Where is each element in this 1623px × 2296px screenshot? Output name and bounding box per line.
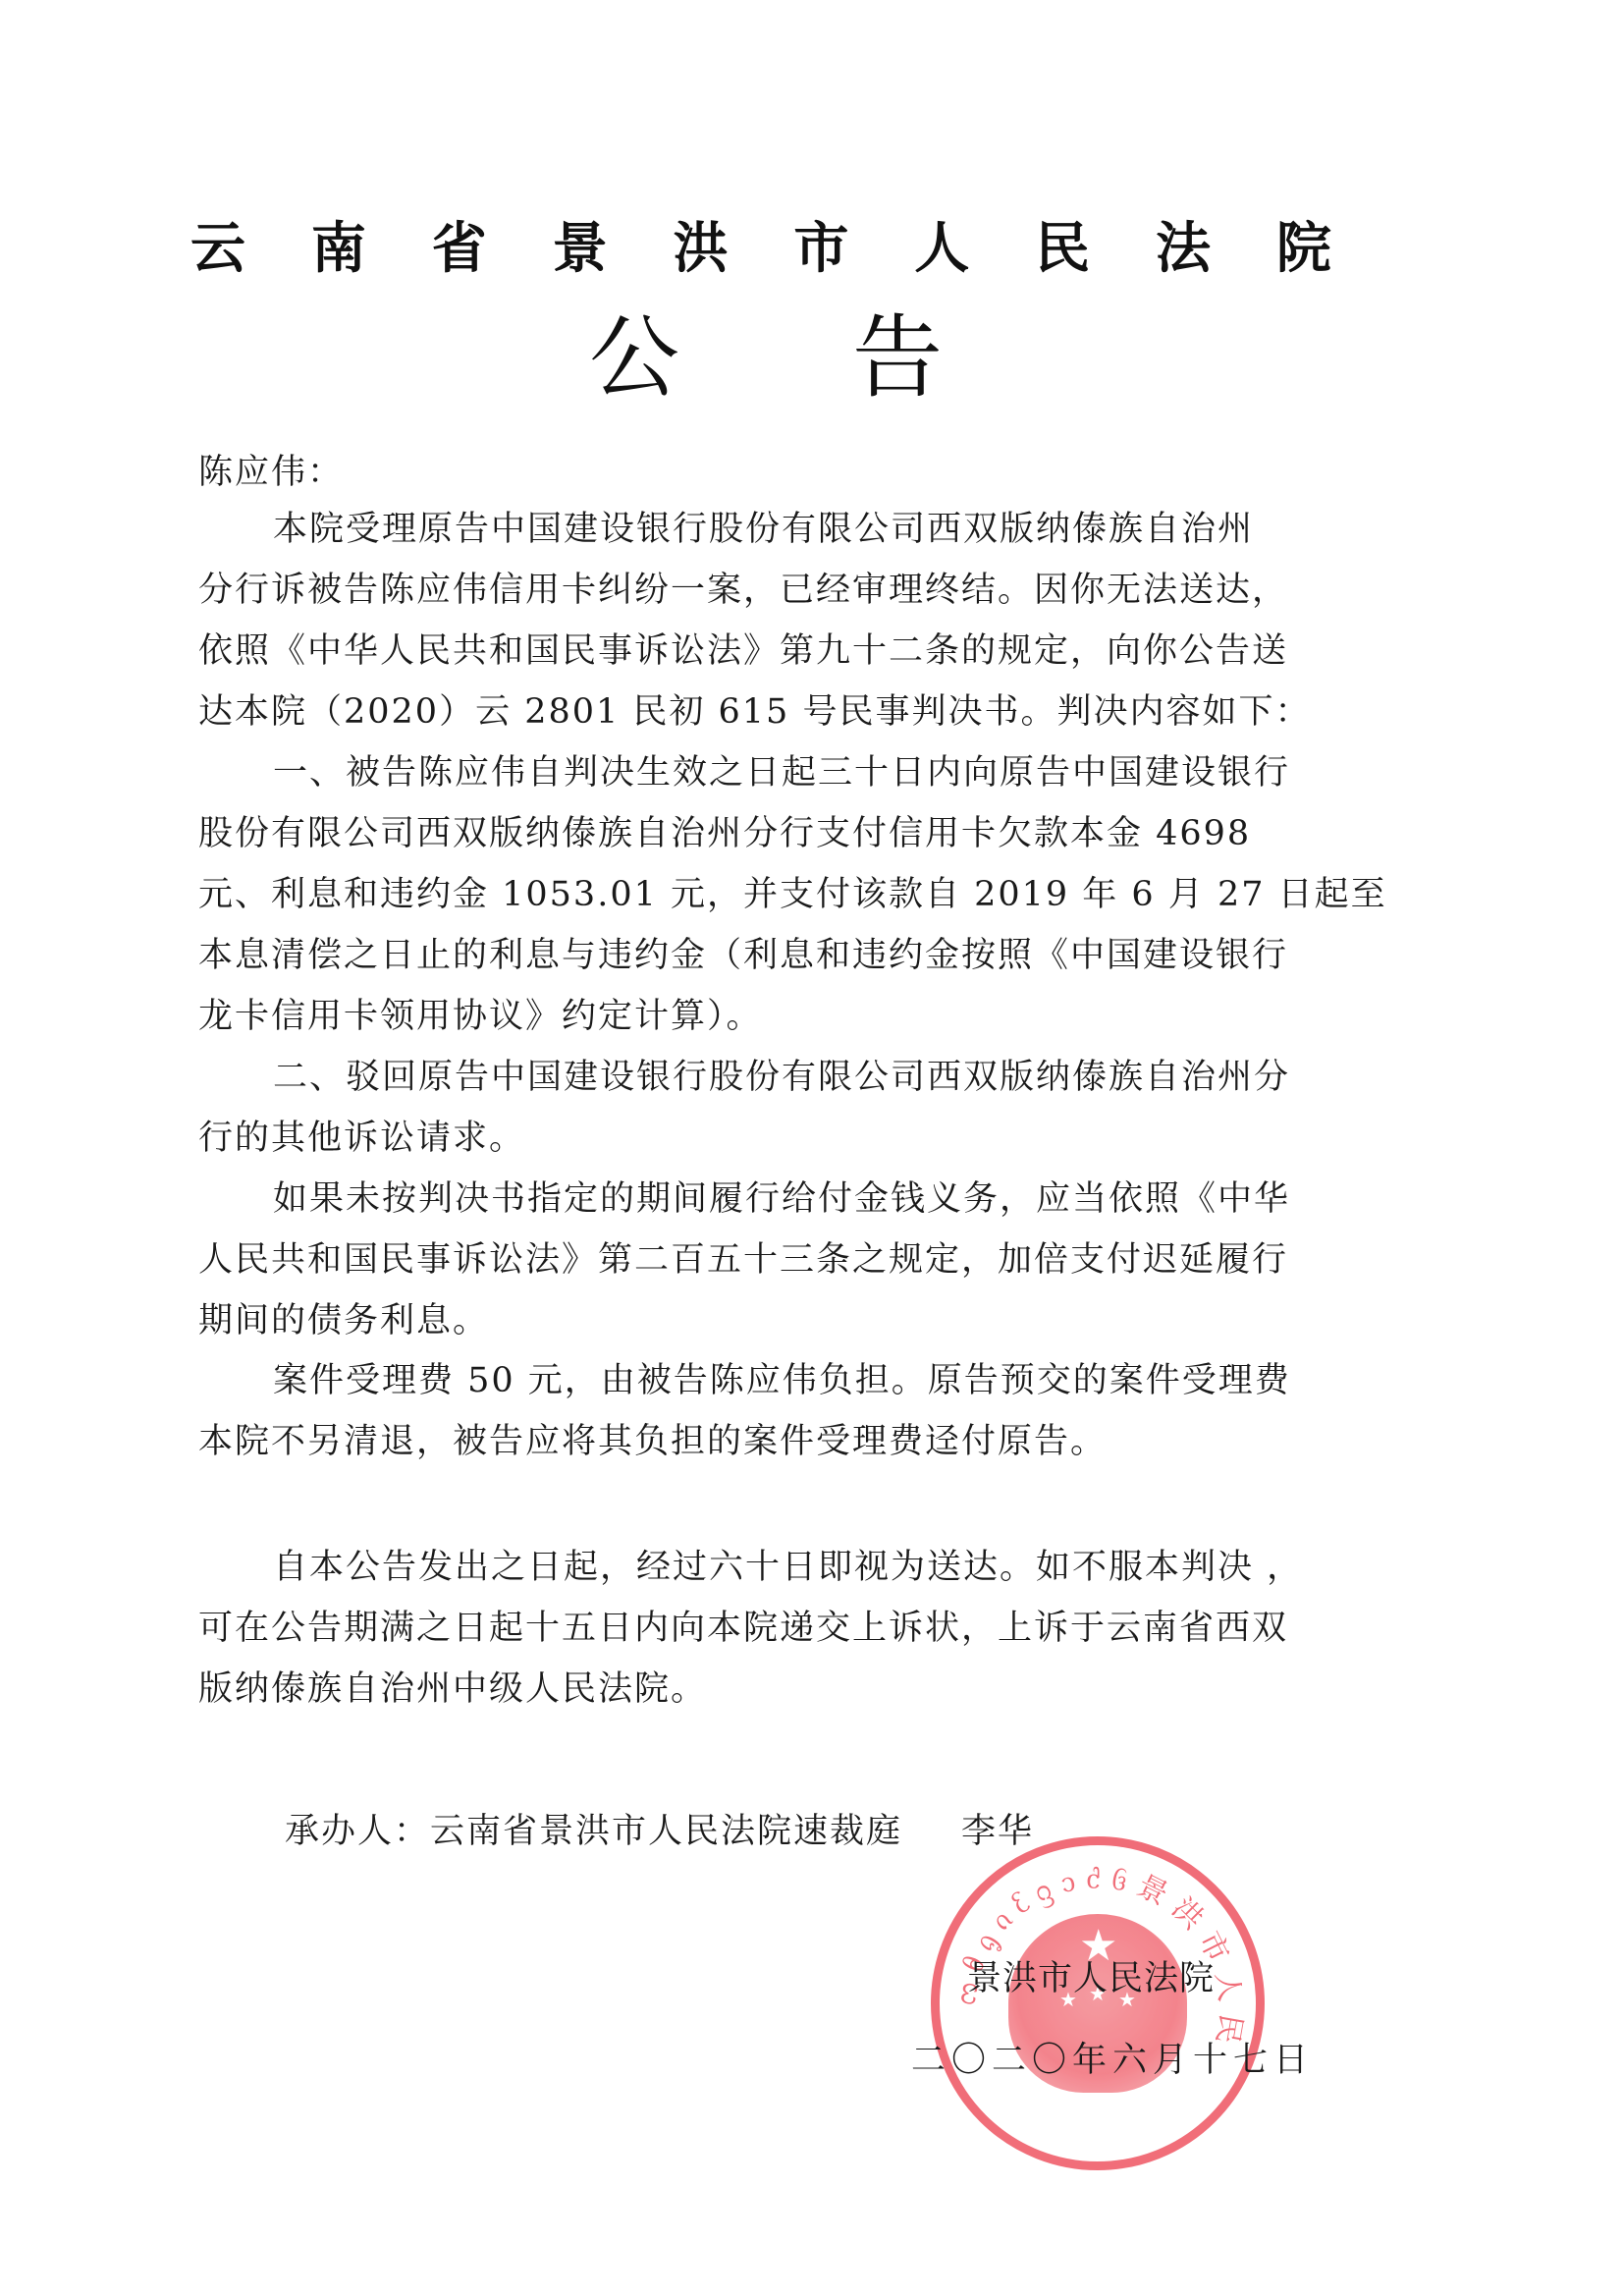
paragraph-line: 如果未按判决书指定的期间履行给付金钱义务，应当依照《中华 [198, 1169, 1345, 1230]
court-name-char: 人 [910, 218, 973, 281]
court-name-char: 洪 [670, 218, 732, 281]
court-name-char: 法 [1152, 218, 1215, 281]
paragraph-line: 期间的债务利息。 [198, 1290, 1345, 1351]
court-name-char: 云 [187, 218, 249, 281]
signature-court: 景洪市人民法院 [967, 1954, 1215, 2003]
intro-paragraph: 本院受理原告中国建设银行股份有限公司西双版纳傣族自治州 分行诉被告陈应伟信用卡纠… [198, 499, 1345, 742]
addressee-line: 陈应伟： [198, 442, 1345, 503]
handler-label: 承办人： [285, 1812, 430, 1851]
paragraph-line: 元、利息和违约金 1053.01 元，并支付该款自 2019 年 6 月 27 … [198, 864, 1345, 925]
paragraph-line: 达本院（2020）云 2801 民初 615 号民事判决书。判决内容如下： [198, 682, 1345, 742]
paragraph-line: 本院不另清退，被告应将其负担的案件受理费迳付原告。 [198, 1411, 1345, 1472]
doc-title-char: 告 [852, 304, 943, 412]
paragraph-line: 人民共和国民事诉讼法》第二百五十三条之规定，加倍支付迟延履行 [198, 1230, 1345, 1290]
court-name-char: 省 [428, 218, 491, 281]
paragraph-line: 依照《中华人民共和国民事诉讼法》第九十二条的规定，向你公告送 [198, 621, 1345, 682]
court-seal: ᦂᦲᧂᦵᦷᦋᦱᦺᦑ景洪市人民法院 ★ ★ ★ ★ [931, 1836, 1265, 2170]
paragraph-line: 可在公告期满之日起十五日内向本院递交上诉状，上诉于云南省西双 [198, 1598, 1345, 1659]
signature-date: 二〇二〇年六月十七日 [911, 2036, 1314, 2085]
paragraph-line: 案件受理费 50 元，由被告陈应伟负担。原告预交的案件受理费 [198, 1350, 1345, 1411]
paragraph-line: 版纳傣族自治州中级人民法院。 [198, 1659, 1345, 1720]
court-name-char: 院 [1272, 218, 1335, 281]
delay-clause-paragraph: 如果未按判决书指定的期间履行给付金钱义务，应当依照《中华 人民共和国民事诉讼法》… [198, 1169, 1345, 1351]
ruling-one-paragraph: 一、被告陈应伟自判决生效之日起三十日内向原告中国建设银行 股份有限公司西双版纳傣… [198, 742, 1345, 1047]
court-name-char: 民 [1031, 218, 1094, 281]
paragraph-line: 二、驳回原告中国建设银行股份有限公司西双版纳傣族自治州分 [198, 1047, 1345, 1108]
handler-department: 云南省景洪市人民法院速裁庭 [430, 1812, 902, 1851]
paragraph-line: 分行诉被告陈应伟信用卡纠纷一案，已经审理终结。因你无法送达， [198, 560, 1345, 621]
paragraph-line: 龙卡信用卡领用协议》约定计算）。 [198, 986, 1345, 1047]
addressee: 陈应伟： [198, 442, 1345, 503]
court-name-char: 市 [789, 218, 852, 281]
paragraph-line: 本息清偿之日止的利息与违约金（利息和违约金按照《中国建设银行 [198, 925, 1345, 986]
paragraph-line: 行的其他诉讼请求。 [198, 1108, 1345, 1169]
paragraph-line: 股份有限公司西双版纳傣族自治州分行支付信用卡欠款本金 4698 [198, 803, 1345, 864]
court-name-heading: 云 南 省 景 洪 市 人 民 法 院 [187, 218, 1335, 281]
paragraph-line: 一、被告陈应伟自判决生效之日起三十日内向原告中国建设银行 [198, 742, 1345, 803]
service-clause-paragraph: 自本公告发出之日起，经过六十日即视为送达。如不服本判决 ， 可在公告期满之日起十… [198, 1537, 1345, 1720]
paragraph-line: 自本公告发出之日起，经过六十日即视为送达。如不服本判决 ， [198, 1537, 1345, 1598]
paragraph-line: 本院受理原告中国建设银行股份有限公司西双版纳傣族自治州 [198, 499, 1345, 560]
ruling-two-paragraph: 二、驳回原告中国建设银行股份有限公司西双版纳傣族自治州分 行的其他诉讼请求。 [198, 1047, 1345, 1169]
document-page: 云 南 省 景 洪 市 人 民 法 院 公 告 陈应伟： 本院受理原告中国建设银… [0, 0, 1623, 2296]
court-name-char: 南 [307, 218, 370, 281]
document-title: 公 告 [589, 304, 943, 412]
court-name-char: 景 [549, 218, 612, 281]
doc-title-char: 公 [589, 304, 679, 412]
fee-clause-paragraph: 案件受理费 50 元，由被告陈应伟负担。原告预交的案件受理费 本院不另清退，被告… [198, 1350, 1345, 1472]
case-handler: 承办人：云南省景洪市人民法院速裁庭李华 [285, 1807, 1034, 1856]
